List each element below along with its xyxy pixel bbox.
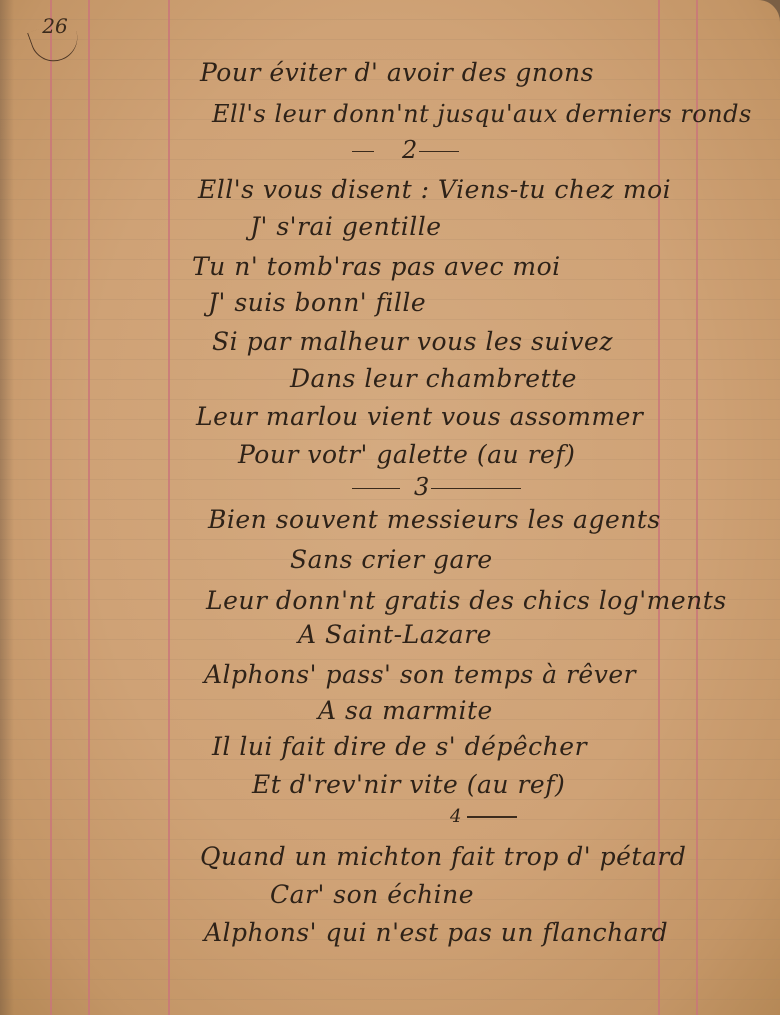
lyric-line: Si par malheur vous les suivez xyxy=(212,327,613,356)
page-number: 26 xyxy=(34,14,76,52)
lyric-line: Pour éviter d' avoir des gnons xyxy=(200,58,594,87)
lyric-line: Tu n' tomb'ras pas avec moi xyxy=(192,252,561,281)
lyric-line: Alphons' pass' son temps à rêver xyxy=(204,660,636,689)
lyric-line: A sa marmite xyxy=(318,696,493,725)
stanza-marker-4: 4 xyxy=(450,806,517,827)
lyric-line: Ell's leur donn'nt jusqu'aux derniers ro… xyxy=(212,100,752,128)
lyric-line: Leur marlou vient vous assommer xyxy=(196,402,643,431)
lyric-line: Ell's vous disent : Viens-tu chez moi xyxy=(198,175,671,204)
notebook-page: 26 Pour éviter d' avoir des gnons Ell's … xyxy=(0,0,780,1015)
lyric-line: Dans leur chambrette xyxy=(290,364,577,393)
binding-shadow xyxy=(0,0,14,1015)
lyric-line: Sans crier gare xyxy=(290,545,493,574)
stanza-number: 3 xyxy=(414,473,429,501)
margin-rule-left-2 xyxy=(88,0,90,1015)
stanza-number: 2 xyxy=(402,136,417,164)
lyric-line: Il lui fait dire de s' dépêcher xyxy=(212,732,587,761)
page-number-circle xyxy=(27,17,84,68)
lyric-line: Pour votr' galette (au ref) xyxy=(238,440,575,469)
lyric-line: J' suis bonn' fille xyxy=(208,288,426,317)
lyric-line: Leur donn'nt gratis des chics log'ments xyxy=(206,586,727,615)
lyric-line: J' s'rai gentille xyxy=(250,212,442,241)
stanza-number: 4 xyxy=(450,806,461,827)
lyric-line: Car' son échine xyxy=(270,880,474,909)
stanza-marker-2: 2 xyxy=(352,136,459,164)
margin-rule-right-2 xyxy=(696,0,698,1015)
stanza-marker-3: 3 xyxy=(352,473,521,501)
margin-rule-left-1 xyxy=(50,0,52,1015)
lyric-line: A Saint-Lazare xyxy=(298,620,492,649)
lyric-line: Quand un michton fait trop d' pétard xyxy=(200,842,686,871)
lyric-line: Et d'rev'nir vite (au ref) xyxy=(252,770,565,799)
lyric-line: Alphons' qui n'est pas un flanchard xyxy=(204,918,668,947)
lyric-line: Bien souvent messieurs les agents xyxy=(208,505,661,534)
margin-rule-left-3 xyxy=(168,0,170,1015)
